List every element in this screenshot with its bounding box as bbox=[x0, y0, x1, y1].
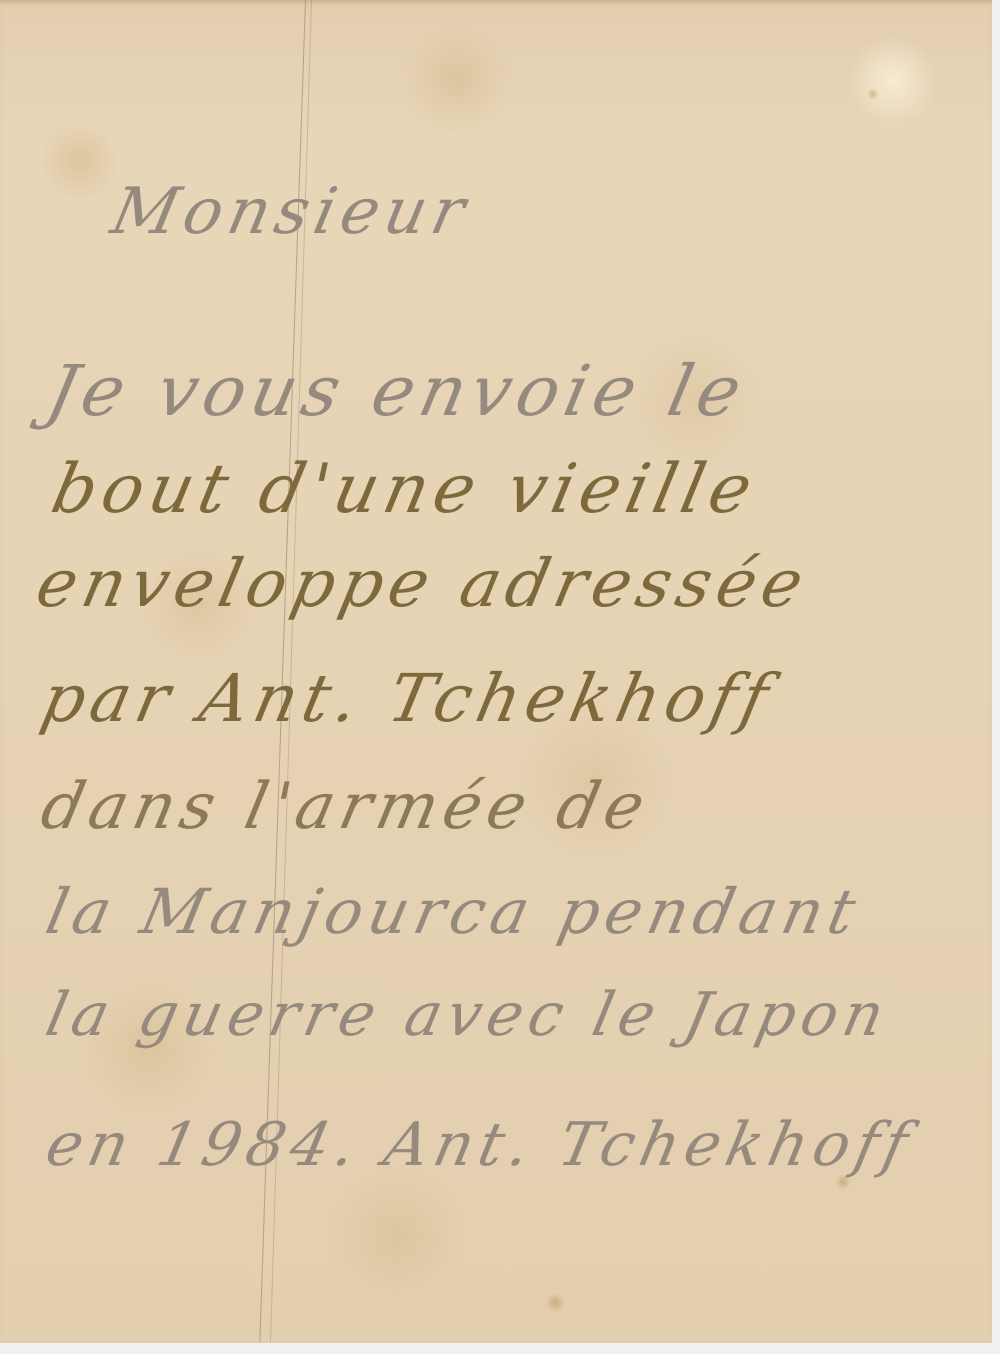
letter-line-5: dans l'armée de bbox=[35, 770, 657, 844]
letter-line-8-signature: en 1984. Ant. Tchekhoff bbox=[40, 1110, 920, 1180]
letter-line-3: enveloppe adressée bbox=[30, 545, 816, 622]
letter-line-4: par Ant. Tchekhoff bbox=[35, 660, 781, 737]
letter-line-7: la guerre avec le Japon bbox=[40, 980, 896, 1050]
letter-line-1: Je vous envoie le bbox=[40, 350, 754, 432]
letter-line-2: bout d'une vieille bbox=[45, 450, 765, 529]
letter-sheet: Monsieur Je vous envoie le bout d'une vi… bbox=[0, 0, 992, 1343]
letter-line-6: la Manjourca pendant bbox=[40, 875, 868, 948]
salutation: Monsieur bbox=[105, 175, 477, 249]
